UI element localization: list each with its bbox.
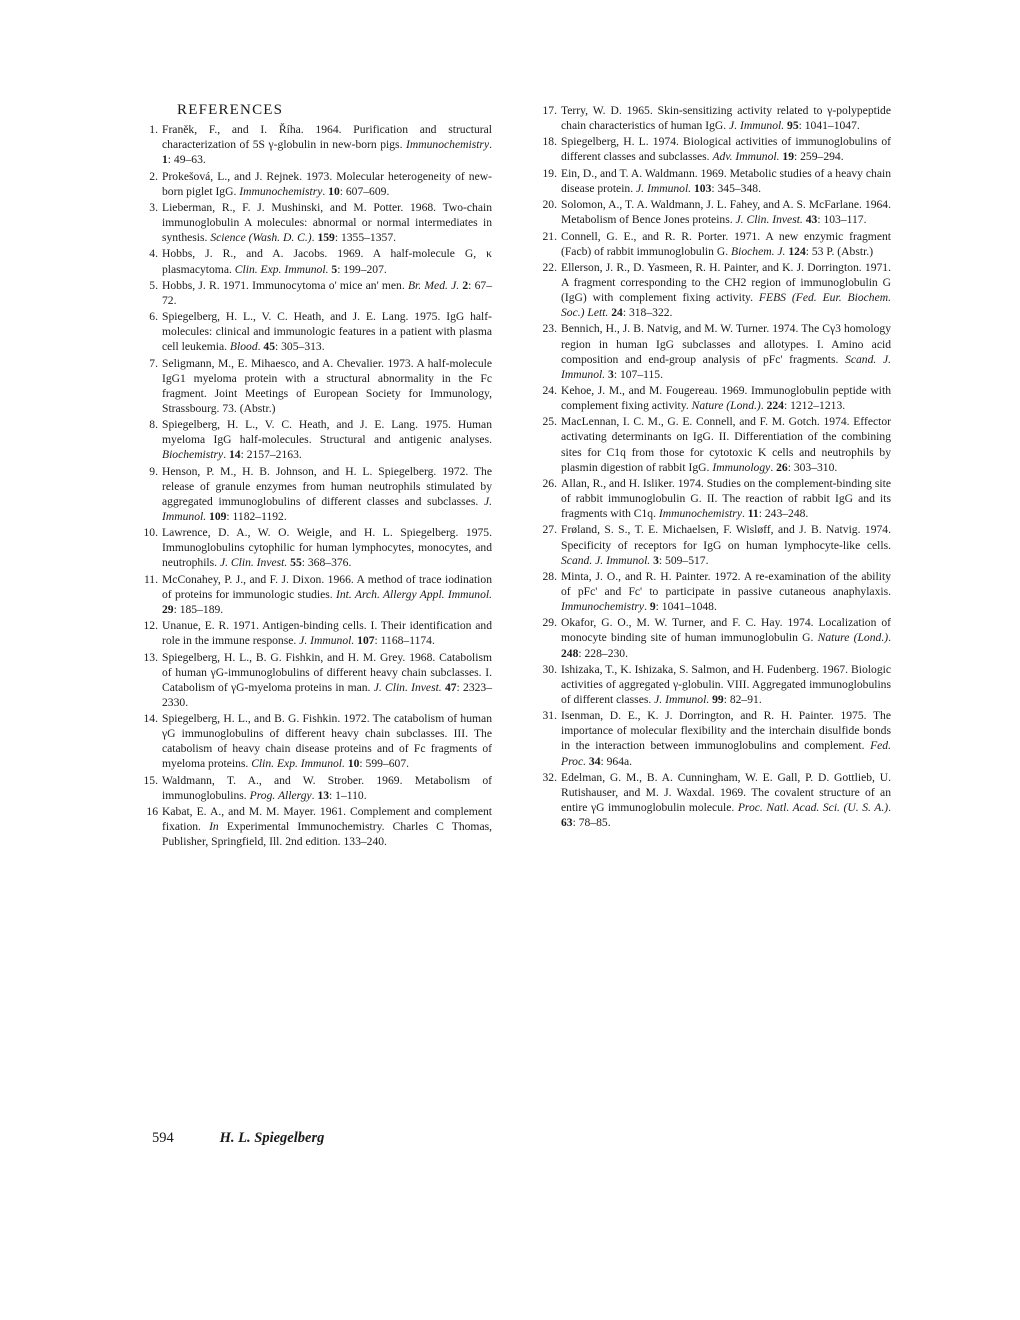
journal-title: Adv. Immunol. [712, 150, 779, 163]
reference-text: : 259–294. [794, 150, 844, 163]
volume-number: 10 [328, 185, 340, 198]
reference-text: Seligmann, M., E. Mihaesco, and A. Cheva… [162, 357, 492, 415]
reference-text: : 199–207. [337, 263, 387, 276]
reference-number: 14. [137, 711, 158, 726]
reference-item: 22.Ellerson, J. R., D. Yasmeen, R. H. Pa… [536, 260, 891, 320]
reference-item: 6.Spiegelberg, H. L., V. C. Heath, and J… [137, 309, 492, 354]
reference-item: 8.Spiegelberg, H. L., V. C. Heath, and J… [137, 417, 492, 462]
reference-text: : 964a. [601, 755, 633, 768]
running-head-author: H. L. Spiegelberg [220, 1130, 325, 1146]
reference-text: : 509–517. [659, 554, 709, 567]
journal-title: In [209, 820, 219, 833]
journal-title: Biochem. J. [731, 245, 785, 258]
page-number: 594 [152, 1130, 216, 1147]
reference-number: 1. [137, 122, 158, 137]
volume-number: 224 [767, 399, 784, 412]
reference-text: : 103–117. [817, 213, 866, 226]
journal-title: Nature (Lond.) [818, 631, 888, 644]
reference-number: 25. [536, 414, 557, 429]
volume-number: 47 [445, 681, 457, 694]
reference-text: . [489, 138, 492, 151]
journal-title: Clin. Exp. Immunol. [235, 263, 329, 276]
reference-item: 2.Prokešová, L., and J. Rejnek. 1973. Mo… [137, 169, 492, 199]
page-footer: 594 H. L. Spiegelberg [152, 1130, 324, 1147]
reference-number: 12. [137, 618, 158, 633]
references-column-left: REFERENCES 1.Franěk, F., and I. Říha. 19… [137, 103, 492, 851]
journal-title: Prog. Allergy [250, 789, 312, 802]
references-column-right: 17.Terry, W. D. 1965. Skin-sensitizing a… [536, 103, 891, 831]
reference-list-right: 17.Terry, W. D. 1965. Skin-sensitizing a… [536, 103, 891, 830]
reference-text: . [888, 801, 891, 814]
journal-title: Immunochemistry [659, 507, 742, 520]
reference-item: 23.Bennich, H., J. B. Natvig, and M. W. … [536, 321, 891, 381]
reference-item: 18.Spiegelberg, H. L. 1974. Biological a… [536, 134, 891, 164]
journal-title: Br. Med. J. [408, 279, 459, 292]
volume-number: 43 [806, 213, 818, 226]
volume-number: 13 [317, 789, 329, 802]
reference-text: Bennich, H., J. B. Natvig, and M. W. Tur… [561, 322, 891, 365]
volume-number: 14 [229, 448, 241, 461]
reference-item: 24.Kehoe, J. M., and M. Fougereau. 1969.… [536, 383, 891, 413]
reference-item: 12.Unanue, E. R. 1971. Antigen-binding c… [137, 618, 492, 648]
reference-text: : 1041–1047. [799, 119, 860, 132]
reference-item: 30.Ishizaka, T., K. Ishizaka, S. Salmon,… [536, 662, 891, 707]
reference-number: 19. [536, 166, 557, 181]
reference-item: 13.Spiegelberg, H. L., B. G. Fishkin, an… [137, 650, 492, 710]
journal-title: J. Clin. Invest. [220, 556, 287, 569]
volume-number: 109 [209, 510, 226, 523]
volume-number: 11 [748, 507, 759, 520]
reference-item: 31.Isenman, D. E., K. J. Dorrington, and… [536, 708, 891, 768]
reference-number: 22. [536, 260, 557, 275]
journal-title: Clin. Exp. Immunol. [251, 757, 345, 770]
references-heading: REFERENCES [177, 103, 492, 118]
reference-number: 10. [137, 525, 158, 540]
reference-list-left: 1.Franěk, F., and I. Říha. 1964. Purific… [137, 122, 492, 849]
volume-number: 19 [782, 150, 794, 163]
volume-number: 10 [348, 757, 360, 770]
volume-number: 248 [561, 647, 578, 660]
volume-number: 63 [561, 816, 573, 829]
reference-text: : 228–230. [578, 647, 628, 660]
reference-text: : 599–607. [359, 757, 409, 770]
volume-number: 95 [787, 119, 799, 132]
reference-text: : 53 P. (Abstr.) [806, 245, 873, 258]
reference-item: 26.Allan, R., and H. Isliker. 1974. Stud… [536, 476, 891, 521]
reference-item: 17.Terry, W. D. 1965. Skin-sensitizing a… [536, 103, 891, 133]
reference-item: 20.Solomon, A., T. A. Waldmann, J. L. Fa… [536, 197, 891, 227]
journal-title: Nature (Lond.) [692, 399, 761, 412]
reference-item: 29.Okafor, G. O., M. W. Turner, and F. C… [536, 615, 891, 660]
reference-item: 28.Minta, J. O., and R. H. Painter. 1972… [536, 569, 891, 614]
reference-item: 32.Edelman, G. M., B. A. Cunningham, W. … [536, 770, 891, 830]
reference-text: : 107–115. [614, 368, 663, 381]
volume-number: 34 [589, 755, 601, 768]
journal-title: J. Immunol. [729, 119, 784, 132]
reference-item: 3.Lieberman, R., F. J. Mushinski, and M.… [137, 200, 492, 245]
volume-number: 103 [694, 182, 711, 195]
reference-text: : 345–348. [711, 182, 761, 195]
journal-title: J. Immunol. [654, 693, 709, 706]
reference-item: 21.Connell, G. E., and R. R. Porter. 197… [536, 229, 891, 259]
reference-number: 21. [536, 229, 557, 244]
journal-title: Immunology [712, 461, 770, 474]
reference-text: Minta, J. O., and R. H. Painter. 1972. A… [561, 570, 891, 598]
reference-number: 20. [536, 197, 557, 212]
reference-item: 9.Henson, P. M., H. B. Johnson, and H. L… [137, 464, 492, 524]
reference-number: 2. [137, 169, 158, 184]
reference-number: 15. [137, 773, 158, 788]
reference-number: 24. [536, 383, 557, 398]
reference-item: 14.Spiegelberg, H. L., and B. G. Fishkin… [137, 711, 492, 771]
journal-title: Int. Arch. Allergy Appl. Immunol. [336, 588, 492, 601]
journal-title: Scand. J. Immunol. [561, 554, 650, 567]
reference-text: Spiegelberg, H. L., V. C. Heath, and J. … [162, 418, 492, 446]
journal-title: J. Immunol. [636, 182, 691, 195]
reference-text: : 607–609. [340, 185, 390, 198]
volume-number: 29 [162, 603, 174, 616]
journal-title: Immunochemistry [406, 138, 489, 151]
volume-number: 55 [290, 556, 302, 569]
reference-number: 11. [137, 572, 158, 587]
volume-number: 124 [788, 245, 805, 258]
journal-title: J. Immunol. [299, 634, 354, 647]
reference-item: 5.Hobbs, J. R. 1971. Immunocytoma o' mic… [137, 278, 492, 308]
reference-text: : 1041–1048. [656, 600, 717, 613]
reference-number: 26. [536, 476, 557, 491]
reference-item: 7.Seligmann, M., E. Mihaesco, and A. Che… [137, 356, 492, 416]
reference-text: : 368–376. [302, 556, 352, 569]
reference-number: 28. [536, 569, 557, 584]
reference-number: 6. [137, 309, 158, 324]
journal-title: Biochemistry [162, 448, 223, 461]
reference-item: 10.Lawrence, D. A., W. O. Weigle, and H.… [137, 525, 492, 570]
volume-number: 26 [776, 461, 788, 474]
journal-title: Blood [230, 340, 258, 353]
reference-text: : 82–91. [724, 693, 762, 706]
reference-text: : 78–85. [573, 816, 611, 829]
reference-item: 15.Waldmann, T. A., and W. Strober. 1969… [137, 773, 492, 803]
journal-title: J. Clin. Invest. [374, 681, 442, 694]
reference-text: : 1212–1213. [784, 399, 845, 412]
journal-title: Proc. Natl. Acad. Sci. (U. S. A.) [738, 801, 888, 814]
reference-text: . [888, 631, 891, 644]
journal-title: Immunochemistry [561, 600, 644, 613]
reference-text: : 1–110. [329, 789, 367, 802]
reference-text: Henson, P. M., H. B. Johnson, and H. L. … [162, 465, 492, 508]
volume-number: 45 [263, 340, 275, 353]
reference-number: 30. [536, 662, 557, 677]
journal-title: Immunochemistry [239, 185, 322, 198]
reference-item: 27.Frøland, S. S., T. E. Michaelsen, F. … [536, 522, 891, 567]
reference-text: : 1182–1192. [226, 510, 286, 523]
reference-text: Hobbs, J. R. 1971. Immunocytoma o' mice … [162, 279, 408, 292]
reference-text: : 243–248. [759, 507, 809, 520]
reference-text: : 49–63. [168, 153, 206, 166]
reference-text: Isenman, D. E., K. J. Dorrington, and R.… [561, 709, 891, 752]
reference-text: : 303–310. [788, 461, 838, 474]
reference-number: 27. [536, 522, 557, 537]
reference-number: 8. [137, 417, 158, 432]
reference-number: 32. [536, 770, 557, 785]
reference-number: 18. [536, 134, 557, 149]
reference-item: 4.Hobbs, J. R., and A. Jacobs. 1969. A h… [137, 246, 492, 276]
reference-number: 23. [536, 321, 557, 336]
reference-item: 1.Franěk, F., and I. Říha. 1964. Purific… [137, 122, 492, 167]
journal-title: Science (Wash. D. C.) [210, 231, 311, 244]
reference-number: 31. [536, 708, 557, 723]
reference-item: 16Kabat, E. A., and M. M. Mayer. 1961. C… [137, 804, 492, 849]
reference-item: 25.MacLennan, I. C. M., G. E. Connell, a… [536, 414, 891, 474]
reference-text: Frøland, S. S., T. E. Michaelsen, F. Wis… [561, 523, 891, 551]
reference-number: 29. [536, 615, 557, 630]
volume-number: 159 [317, 231, 334, 244]
reference-number: 3. [137, 200, 158, 215]
reference-text: : 1355–1357. [335, 231, 396, 244]
journal-title: J. Clin. Invest. [736, 213, 803, 226]
reference-text: : 305–313. [275, 340, 325, 353]
reference-number: 4. [137, 246, 158, 261]
reference-number: 5. [137, 278, 158, 293]
reference-text: Spiegelberg, H. L., V. C. Heath, and J. … [162, 310, 492, 353]
volume-number: 24 [611, 306, 623, 319]
reference-number: 17. [536, 103, 557, 118]
reference-text: : 185–189. [174, 603, 224, 616]
volume-number: 99 [712, 693, 724, 706]
reference-number: 16 [137, 804, 158, 819]
reference-item: 19.Ein, D., and T. A. Waldmann. 1969. Me… [536, 166, 891, 196]
reference-text: : 2157–2163. [241, 448, 302, 461]
volume-number: 107 [357, 634, 374, 647]
reference-number: 13. [137, 650, 158, 665]
reference-number: 7. [137, 356, 158, 371]
reference-item: 11.McConahey, P. J., and F. J. Dixon. 19… [137, 572, 492, 617]
reference-text: : 1168–1174. [375, 634, 435, 647]
reference-number: 9. [137, 464, 158, 479]
reference-text: : 318–322. [623, 306, 673, 319]
